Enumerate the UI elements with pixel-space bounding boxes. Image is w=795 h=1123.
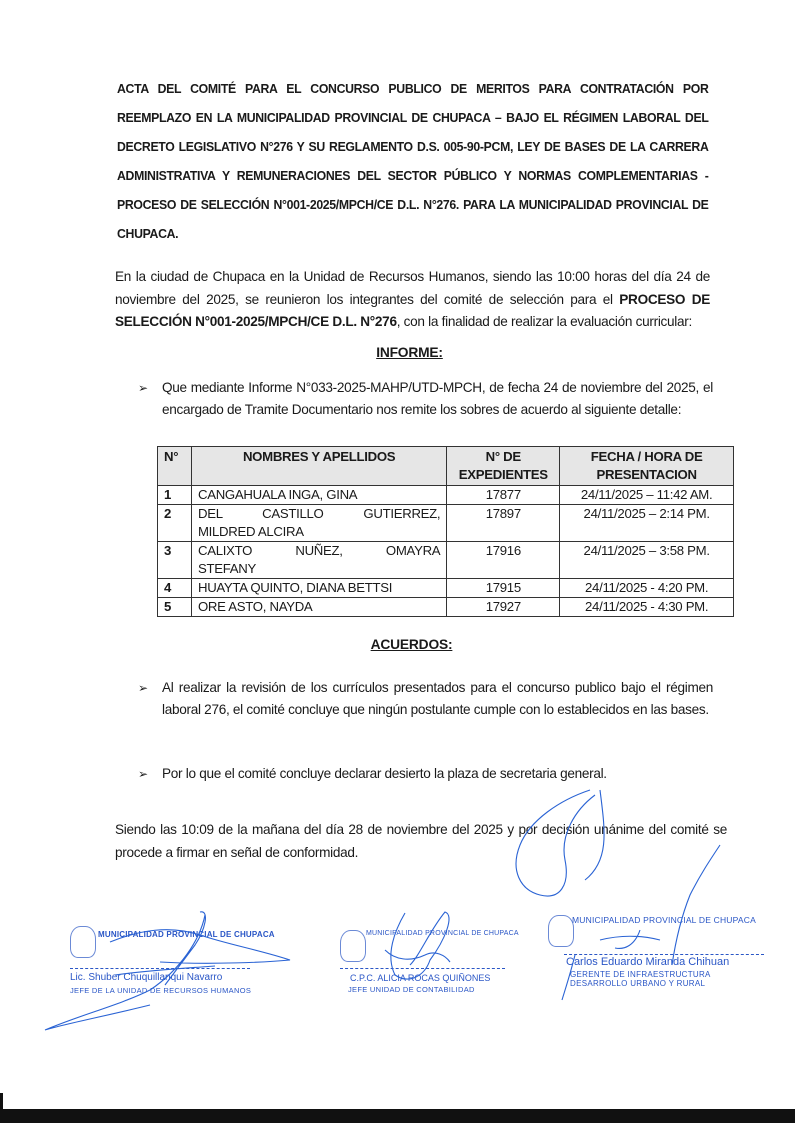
signer-role-line2: DESARROLLO URBANO Y RURAL: [570, 979, 705, 988]
row-name-line2: MILDRED ALCIRA: [198, 523, 440, 541]
municipal-seal-icon: [70, 926, 96, 958]
row-expediente: 17915: [447, 579, 560, 598]
row-number: 5: [158, 598, 192, 617]
stamp-institution: MUNICIPALIDAD PROVINCIAL DE CHUPACA: [98, 930, 275, 939]
arrow-bullet-icon: ➢: [138, 377, 148, 399]
municipal-seal-icon: [548, 915, 574, 947]
informe-heading: INFORME:: [12, 345, 795, 360]
arrow-bullet-icon: ➢: [138, 677, 148, 699]
row-expediente: 17927: [447, 598, 560, 617]
informe-bullet: ➢ Que mediante Informe N°033-2025-MAHP/U…: [138, 377, 713, 421]
signature-line: [564, 954, 764, 955]
header-fecha-hora: FECHA / HORA DE PRESENTACION: [560, 447, 734, 486]
row-expediente: 17897: [447, 505, 560, 542]
row-fecha: 24/11/2025 - 4:20 PM.: [560, 579, 734, 598]
table-header-row: N° NOMBRES Y APELLIDOS N° DE EXPEDIENTES…: [158, 447, 734, 486]
row-expediente: 17877: [447, 486, 560, 505]
header-expedientes: N° DE EXPEDIENTES: [447, 447, 560, 486]
acuerdos-heading: ACUERDOS:: [14, 637, 795, 652]
municipal-seal-icon: [340, 930, 366, 962]
row-name: HUAYTA QUINTO, DIANA BETTSI: [191, 579, 446, 598]
intro-text-end: , con la finalidad de realizar la evalua…: [397, 314, 692, 329]
intro-paragraph: En la ciudad de Chupaca en la Unidad de …: [115, 266, 710, 334]
row-name-line1: DEL CASTILLO GUTIERREZ,: [198, 505, 440, 523]
document-title: ACTA DEL COMITÉ PARA EL CONCURSO PUBLICO…: [117, 74, 708, 248]
signature-line: [70, 968, 250, 969]
table-row: 5 ORE ASTO, NAYDA 17927 24/11/2025 - 4:3…: [158, 598, 734, 617]
signer-name: C.P.C. ALICIA ROCAS QUIÑONES: [350, 973, 490, 983]
row-number: 3: [158, 542, 192, 579]
row-fecha: 24/11/2025 – 2:14 PM.: [560, 505, 734, 542]
signer-name: Carlos Eduardo Miranda Chihuan: [566, 956, 729, 968]
stamp-institution: MUNICIPALIDAD PROVINCIAL DE CHUPACA: [572, 915, 756, 925]
arrow-bullet-icon: ➢: [138, 763, 148, 785]
row-fecha: 24/11/2025 - 4:30 PM.: [560, 598, 734, 617]
row-name: ORE ASTO, NAYDA: [191, 598, 446, 617]
table-row: 3 CALIXTO NUÑEZ, OMAYRA STEFANY 17916 24…: [158, 542, 734, 579]
row-number: 4: [158, 579, 192, 598]
acuerdo-bullet-1: ➢ Al realizar la revisión de los currícu…: [138, 677, 713, 721]
row-name: CANGAHUALA INGA, GINA: [191, 486, 446, 505]
table-row: 2 DEL CASTILLO GUTIERREZ, MILDRED ALCIRA…: [158, 505, 734, 542]
closing-paragraph: Siendo las 10:09 de la mañana del día 28…: [115, 819, 727, 864]
row-name: CALIXTO NUÑEZ, OMAYRA STEFANY: [191, 542, 446, 579]
header-names: NOMBRES Y APELLIDOS: [191, 447, 446, 486]
table-row: 1 CANGAHUALA INGA, GINA 17877 24/11/2025…: [158, 486, 734, 505]
row-name: DEL CASTILLO GUTIERREZ, MILDRED ALCIRA: [191, 505, 446, 542]
row-number: 2: [158, 505, 192, 542]
signature-block-hr: MUNICIPALIDAD PROVINCIAL DE CHUPACA Lic.…: [70, 920, 300, 1020]
signer-name: Lic. Shuber Chuquillanqui Navarro: [70, 972, 222, 983]
header-number: N°: [158, 447, 192, 486]
row-name-line1: CALIXTO NUÑEZ, OMAYRA: [198, 542, 440, 560]
applicants-table: N° NOMBRES Y APELLIDOS N° DE EXPEDIENTES…: [157, 446, 734, 617]
signature-block-infraestructura: MUNICIPALIDAD PROVINCIAL DE CHUPACA Carl…: [548, 905, 795, 995]
signature-line: [340, 968, 505, 969]
table-row: 4 HUAYTA QUINTO, DIANA BETTSI 17915 24/1…: [158, 579, 734, 598]
stamp-institution: MUNICIPALIDAD PROVINCIAL DE CHUPACA: [366, 930, 519, 937]
signer-role: JEFE UNIDAD DE CONTABILIDAD: [348, 985, 475, 994]
row-fecha: 24/11/2025 – 11:42 AM.: [560, 486, 734, 505]
row-fecha: 24/11/2025 – 3:58 PM.: [560, 542, 734, 579]
acuerdo-text: Por lo que el comité concluye declarar d…: [162, 766, 607, 781]
signer-role: JEFE DE LA UNIDAD DE RECURSOS HUMANOS: [70, 986, 251, 995]
informe-text: Que mediante Informe N°033-2025-MAHP/UTD…: [162, 380, 713, 417]
scan-bottom-border: [0, 1109, 795, 1123]
row-name-line2: STEFANY: [198, 560, 440, 578]
row-number: 1: [158, 486, 192, 505]
row-expediente: 17916: [447, 542, 560, 579]
acuerdo-text: Al realizar la revisión de los currículo…: [162, 680, 713, 717]
signature-block-contabilidad: MUNICIPALIDAD PROVINCIAL DE CHUPACA C.P.…: [340, 920, 520, 1000]
acuerdo-bullet-2: ➢ Por lo que el comité concluye declarar…: [138, 763, 713, 785]
document-page: ACTA DEL COMITÉ PARA EL CONCURSO PUBLICO…: [0, 0, 795, 1123]
signer-role: GERENTE DE INFRAESTRUCTURA: [570, 970, 711, 979]
